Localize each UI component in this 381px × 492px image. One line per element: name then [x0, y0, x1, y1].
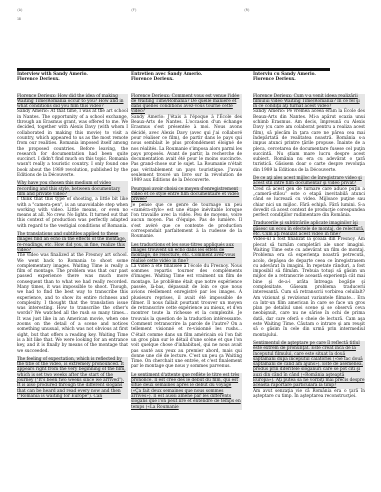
page-marker-left: (A): [17, 8, 23, 12]
column-french: Entretien avec Sandy Amerio. Florence De…: [131, 72, 242, 410]
question: Florence Derieux: How did the idea of ma…: [17, 94, 128, 110]
question: Traducerile şi subtitrările aplicate ima…: [253, 221, 365, 237]
answer: Am avut senzaţia vie că România era o ţa…: [253, 389, 365, 400]
page-marker-right: (R): [244, 8, 250, 12]
column-romanian: Interviu cu Sandy Amerio. Florence Derie…: [253, 72, 365, 402]
answer: I think that this type of shooting, a li…: [17, 197, 128, 229]
answer: Cred că acest gen de turnare care aduce …: [253, 187, 365, 219]
question: Sentimentul de aşteptare pe care îl refl…: [253, 341, 365, 389]
header-rule: [17, 68, 330, 71]
answer: Je pense que ce genre de tournage un peu…: [131, 203, 242, 240]
answer: Sandy Amerio: At that time, I was at the…: [17, 109, 128, 178]
column-english: Interview with Sandy Amerio. Florence De…: [17, 72, 128, 399]
question: Pourquoi avoir choisi ce moyen d'enregis…: [131, 187, 242, 203]
question: Les traductions et les sous-titres appli…: [131, 243, 242, 264]
question: De ce aţi ales acest mijloc de înregistr…: [253, 176, 365, 187]
question: Florence Derieux: Comment vous est venue…: [131, 94, 242, 115]
question: The translations and subtitles applied t…: [17, 232, 128, 253]
question: Le sentiment d'attente que reflète le ti…: [131, 373, 242, 410]
answer: La vidéo a été finalisée à l'école du Fr…: [131, 264, 242, 370]
question: Florence Derieux: Cum v-a venit ideea re…: [253, 94, 365, 110]
page-number: 18: [17, 17, 21, 21]
answer: Sandy Amerio: Pe vremea aceea eram la Éc…: [253, 109, 365, 173]
answer: Video-ul a fost finalizat la şcoala din …: [253, 237, 365, 338]
answer: The video was finalized at the Fresnoy a…: [17, 253, 128, 354]
question: The feeling of expectation, which is ref…: [17, 357, 128, 399]
page-marker-middle: (F): [131, 8, 137, 12]
question: Why have you chosen this medium of video…: [17, 181, 128, 197]
answer: Sandy Amerio: J'étais à l'époque à l'Éco…: [131, 115, 242, 184]
